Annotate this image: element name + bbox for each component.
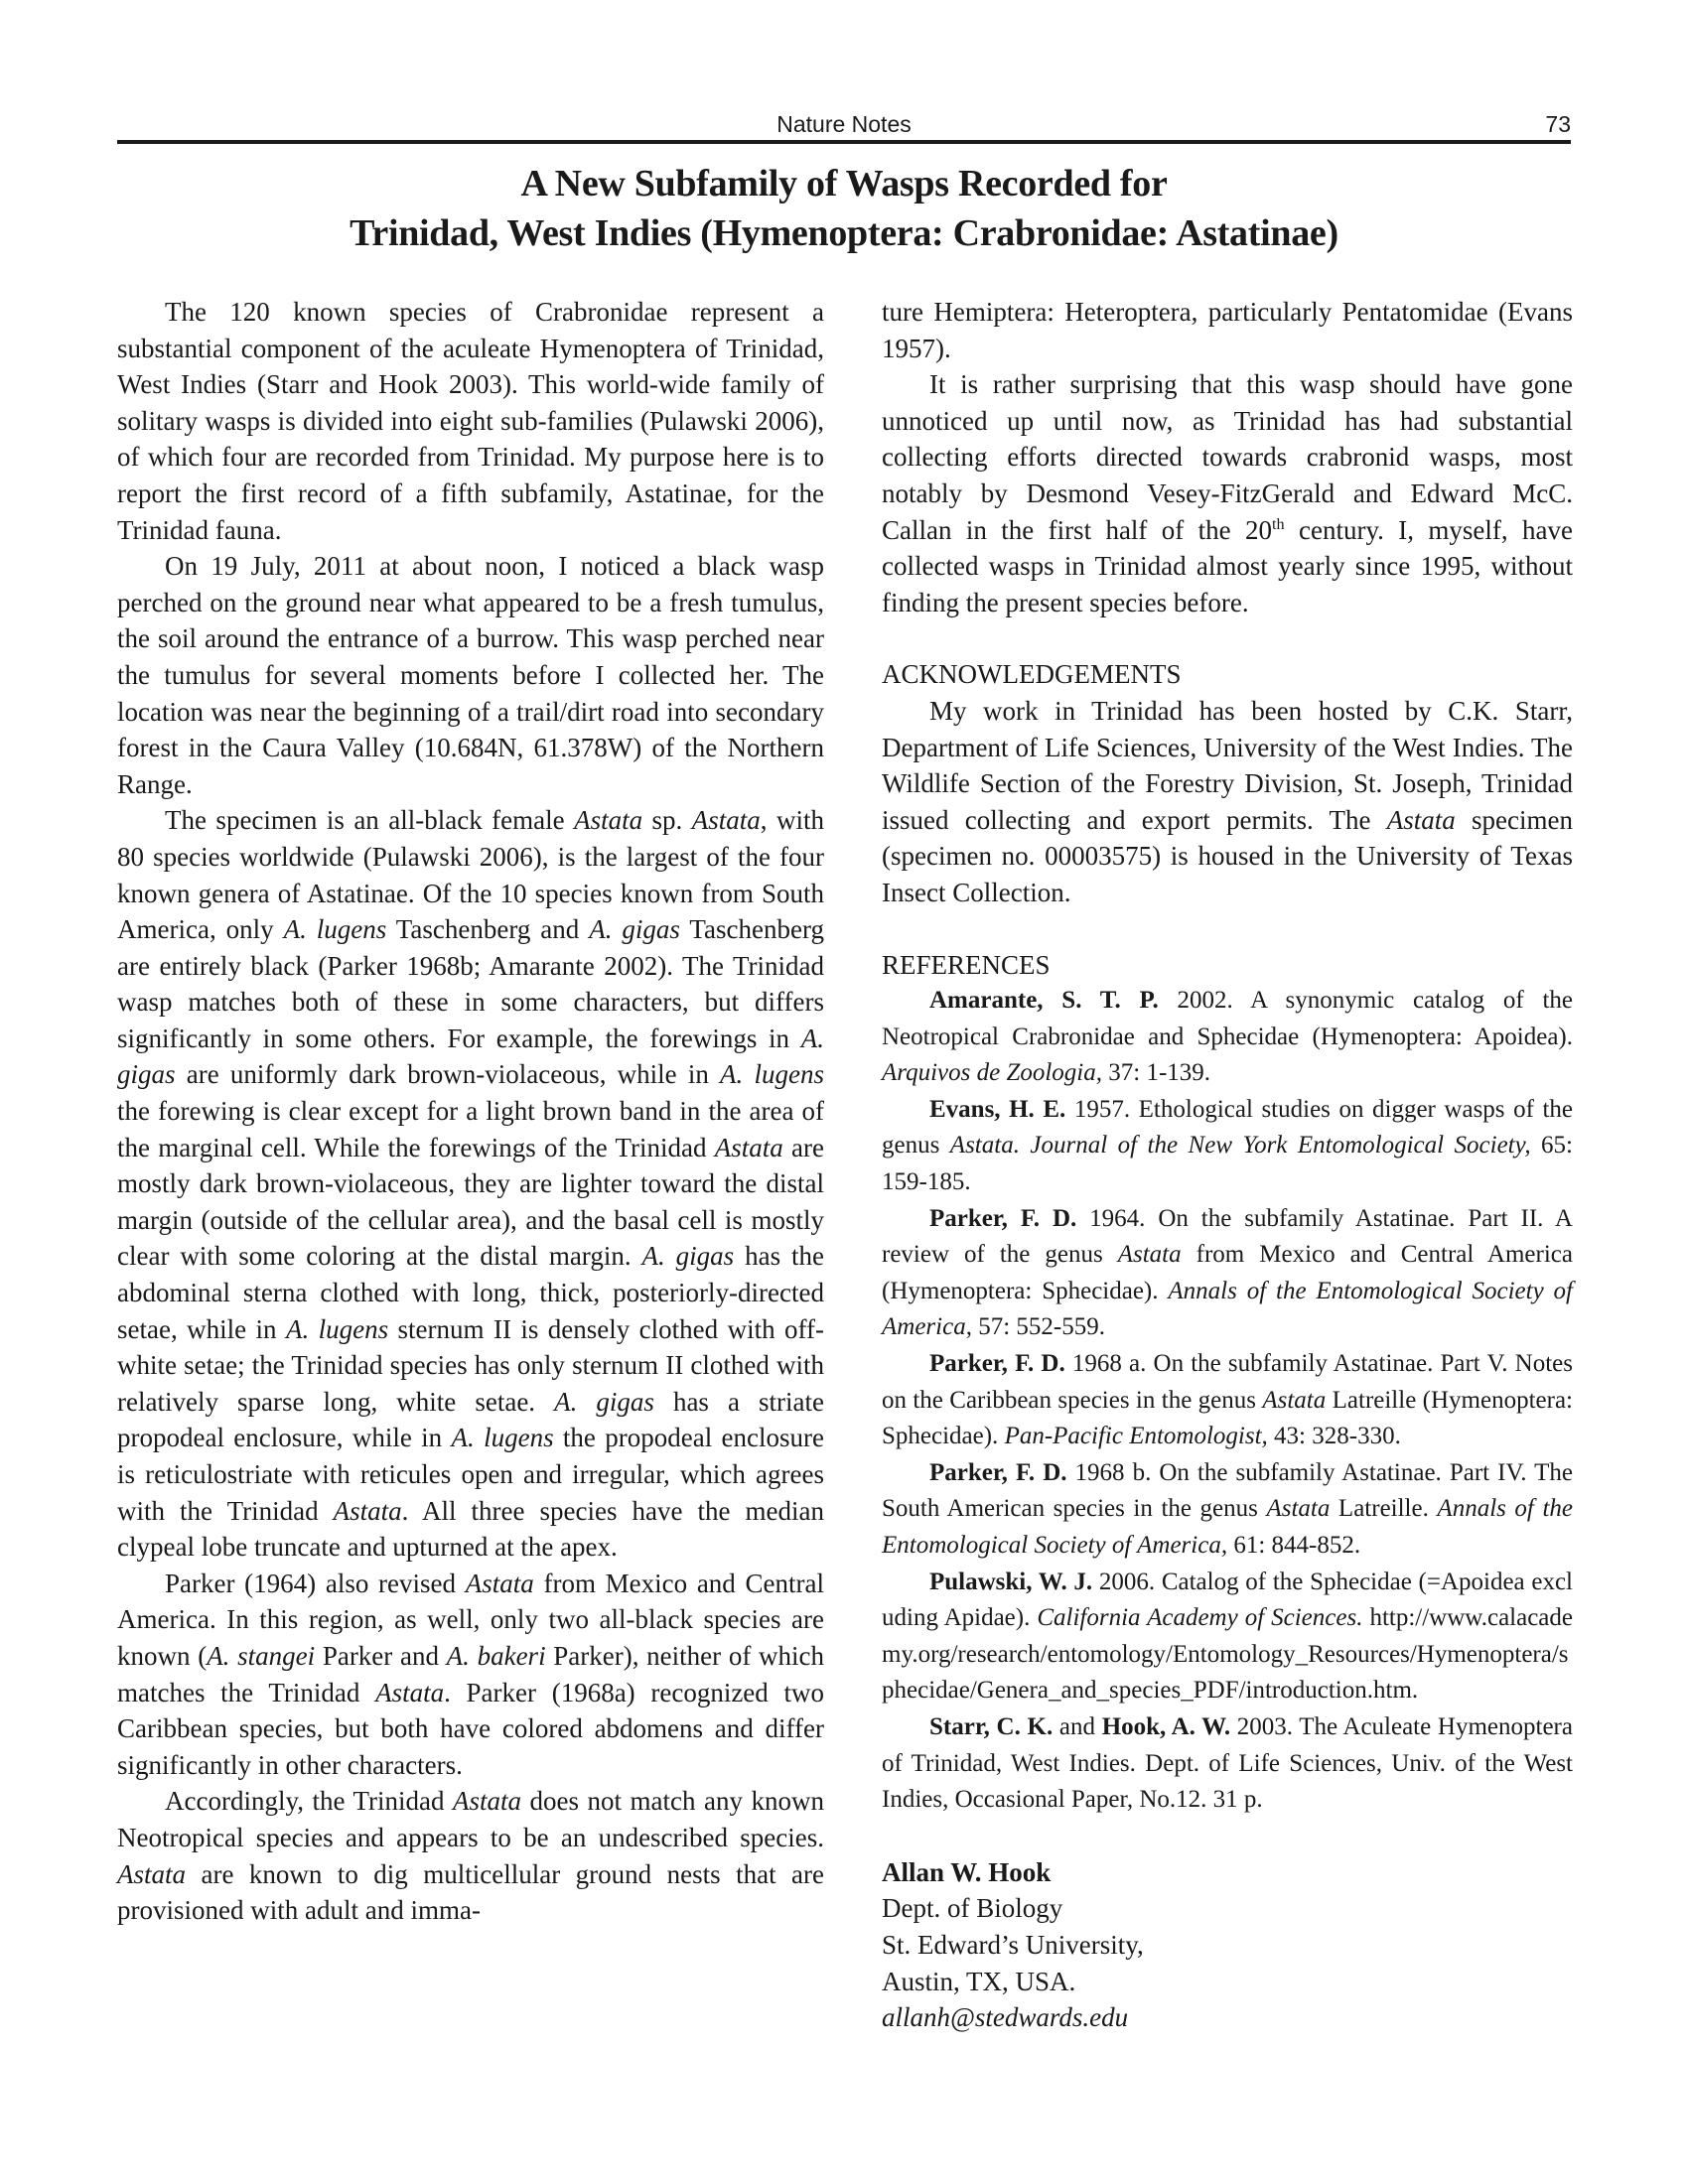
paragraph-conclusion: Accordingly, the Trinidad Astata does no… [117, 1783, 824, 1928]
reference-item: Starr, C. K. and Hook, A. W. 2003. The A… [882, 1709, 1573, 1819]
genus-name: Astata [117, 1859, 186, 1889]
genus-name: Astata [574, 805, 642, 835]
author-university: St. Edward’s University, [882, 1927, 1573, 1964]
acknowledgements-heading: ACKNOWLEDGEMENTS [882, 656, 1573, 693]
species-name: A. lugens [284, 914, 387, 944]
text: Taschenberg and [386, 914, 589, 944]
journal-section-name: Nature Notes [117, 111, 1571, 138]
paragraph-observation: On 19 July, 2011 at about noon, I notice… [117, 548, 824, 802]
genus-name: Astata [334, 1496, 402, 1526]
left-column: The 120 known species of Crabronidae rep… [117, 294, 824, 1929]
author-email[interactable]: allanh@stedwards.edu [882, 2002, 1128, 2032]
genus-name: Astata [466, 1569, 534, 1598]
text: are known to dig multicellular ground ne… [117, 1859, 824, 1926]
ordinal-suffix: th [1272, 515, 1285, 533]
reference-author: Hook, A. W. [1102, 1713, 1230, 1740]
title-line-2: Trinidad, West Indies (Hymenoptera: Crab… [350, 212, 1338, 254]
paragraph-intro: The 120 known species of Crabronidae rep… [117, 294, 824, 548]
genus-name: Astata [692, 805, 761, 835]
species-name: A. lugens [286, 1314, 388, 1344]
text: Latreille. [1330, 1495, 1437, 1522]
author-block: Allan W. Hook Dept. of Biology St. Edwar… [882, 1854, 1573, 2036]
running-header: Nature Notes 73 [117, 107, 1571, 141]
species-name: A. gigas [642, 1241, 735, 1271]
reference-author: Amarante, S. T. P. [929, 987, 1159, 1014]
reference-author: Parker, F. D. [929, 1205, 1076, 1232]
genus-name: Astata [1387, 805, 1456, 835]
reference-publisher: California Academy of Sciences. [1037, 1604, 1362, 1631]
reference-journal: Astata. Journal of the New York Entomolo… [950, 1132, 1531, 1159]
genus-name: Astata [1262, 1387, 1326, 1414]
reference-journal: Arquivos de Zoologia, [882, 1059, 1102, 1086]
text: Parker (1964) also revised [165, 1569, 466, 1598]
reference-journal: Pan-Pacific Entomologist, [1005, 1423, 1268, 1449]
text: 57: 552-559. [972, 1313, 1105, 1340]
acknowledgements-text: My work in Trinidad has been hosted by C… [882, 693, 1573, 911]
author-department: Dept. of Biology [882, 1890, 1573, 1927]
genus-name: Astata [715, 1133, 783, 1162]
genus-name: Astata [1266, 1495, 1330, 1522]
reference-author: Starr, C. K. [929, 1713, 1053, 1740]
species-name: A. lugens [452, 1423, 554, 1452]
references-heading: REFERENCES [882, 947, 1573, 984]
reference-author: Evans, H. E. [929, 1096, 1065, 1123]
reference-author: Pulawski, W. J. [929, 1569, 1092, 1595]
genus-name: Astata [453, 1786, 521, 1816]
paragraph-surprising: It is rather surprising that this wasp s… [882, 366, 1573, 620]
text: Parker and [315, 1641, 447, 1671]
species-name: A. gigas [554, 1387, 654, 1417]
header-rule [117, 140, 1571, 144]
genus-name: Astata [375, 1678, 444, 1707]
reference-item: Parker, F. D. 1968 a. On the subfamily A… [882, 1346, 1573, 1455]
page-number: 73 [1545, 111, 1571, 138]
reference-author: Parker, F. D. [929, 1459, 1067, 1486]
article-title: A New Subfamily of Wasps Recorded for Tr… [117, 159, 1571, 258]
text: sp. [642, 805, 692, 835]
genus-name: Astata [1118, 1241, 1182, 1268]
reference-author: Parker, F. D. [929, 1350, 1065, 1377]
right-column: ture Hemiptera: Heteroptera, particularl… [882, 294, 1573, 2036]
text: The specimen is an all-black female [165, 805, 574, 835]
reference-item: Parker, F. D. 1964. On the subfamily Ast… [882, 1201, 1573, 1346]
species-name: A. bakeri [447, 1641, 546, 1671]
species-name: A. stangei [207, 1641, 315, 1671]
species-name: A. gigas [589, 914, 680, 944]
reference-item: Parker, F. D. 1968 b. On the subfamily A… [882, 1455, 1573, 1565]
text: and [1053, 1713, 1101, 1740]
text: 61: 844-852. [1227, 1532, 1360, 1559]
text: are uniformly dark brown-violaceous, whi… [176, 1059, 721, 1089]
text: 37: 1-139. [1102, 1059, 1210, 1086]
author-location: Austin, TX, USA. [882, 1964, 1573, 2000]
paragraph-specimen: The specimen is an all-black female Asta… [117, 802, 824, 1565]
reference-item: Evans, H. E. 1957. Ethological studies o… [882, 1092, 1573, 1201]
reference-item: Pulawski, W. J. 2006. Catalog of the Sph… [882, 1565, 1573, 1709]
species-name: A. lugens [720, 1059, 824, 1089]
text: Accordingly, the Trinidad [165, 1786, 453, 1816]
reference-list: Amarante, S. T. P. 2002. A synonymic cat… [882, 983, 1573, 1819]
paragraph-parker: Parker (1964) also revised Astata from M… [117, 1566, 824, 1784]
title-line-1: A New Subfamily of Wasps Recorded for [520, 163, 1167, 205]
paragraph-continued: ture Hemiptera: Heteroptera, particularl… [882, 294, 1573, 366]
reference-item: Amarante, S. T. P. 2002. A synonymic cat… [882, 983, 1573, 1092]
text: 43: 328-330. [1268, 1423, 1401, 1449]
author-name: Allan W. Hook [882, 1857, 1051, 1887]
